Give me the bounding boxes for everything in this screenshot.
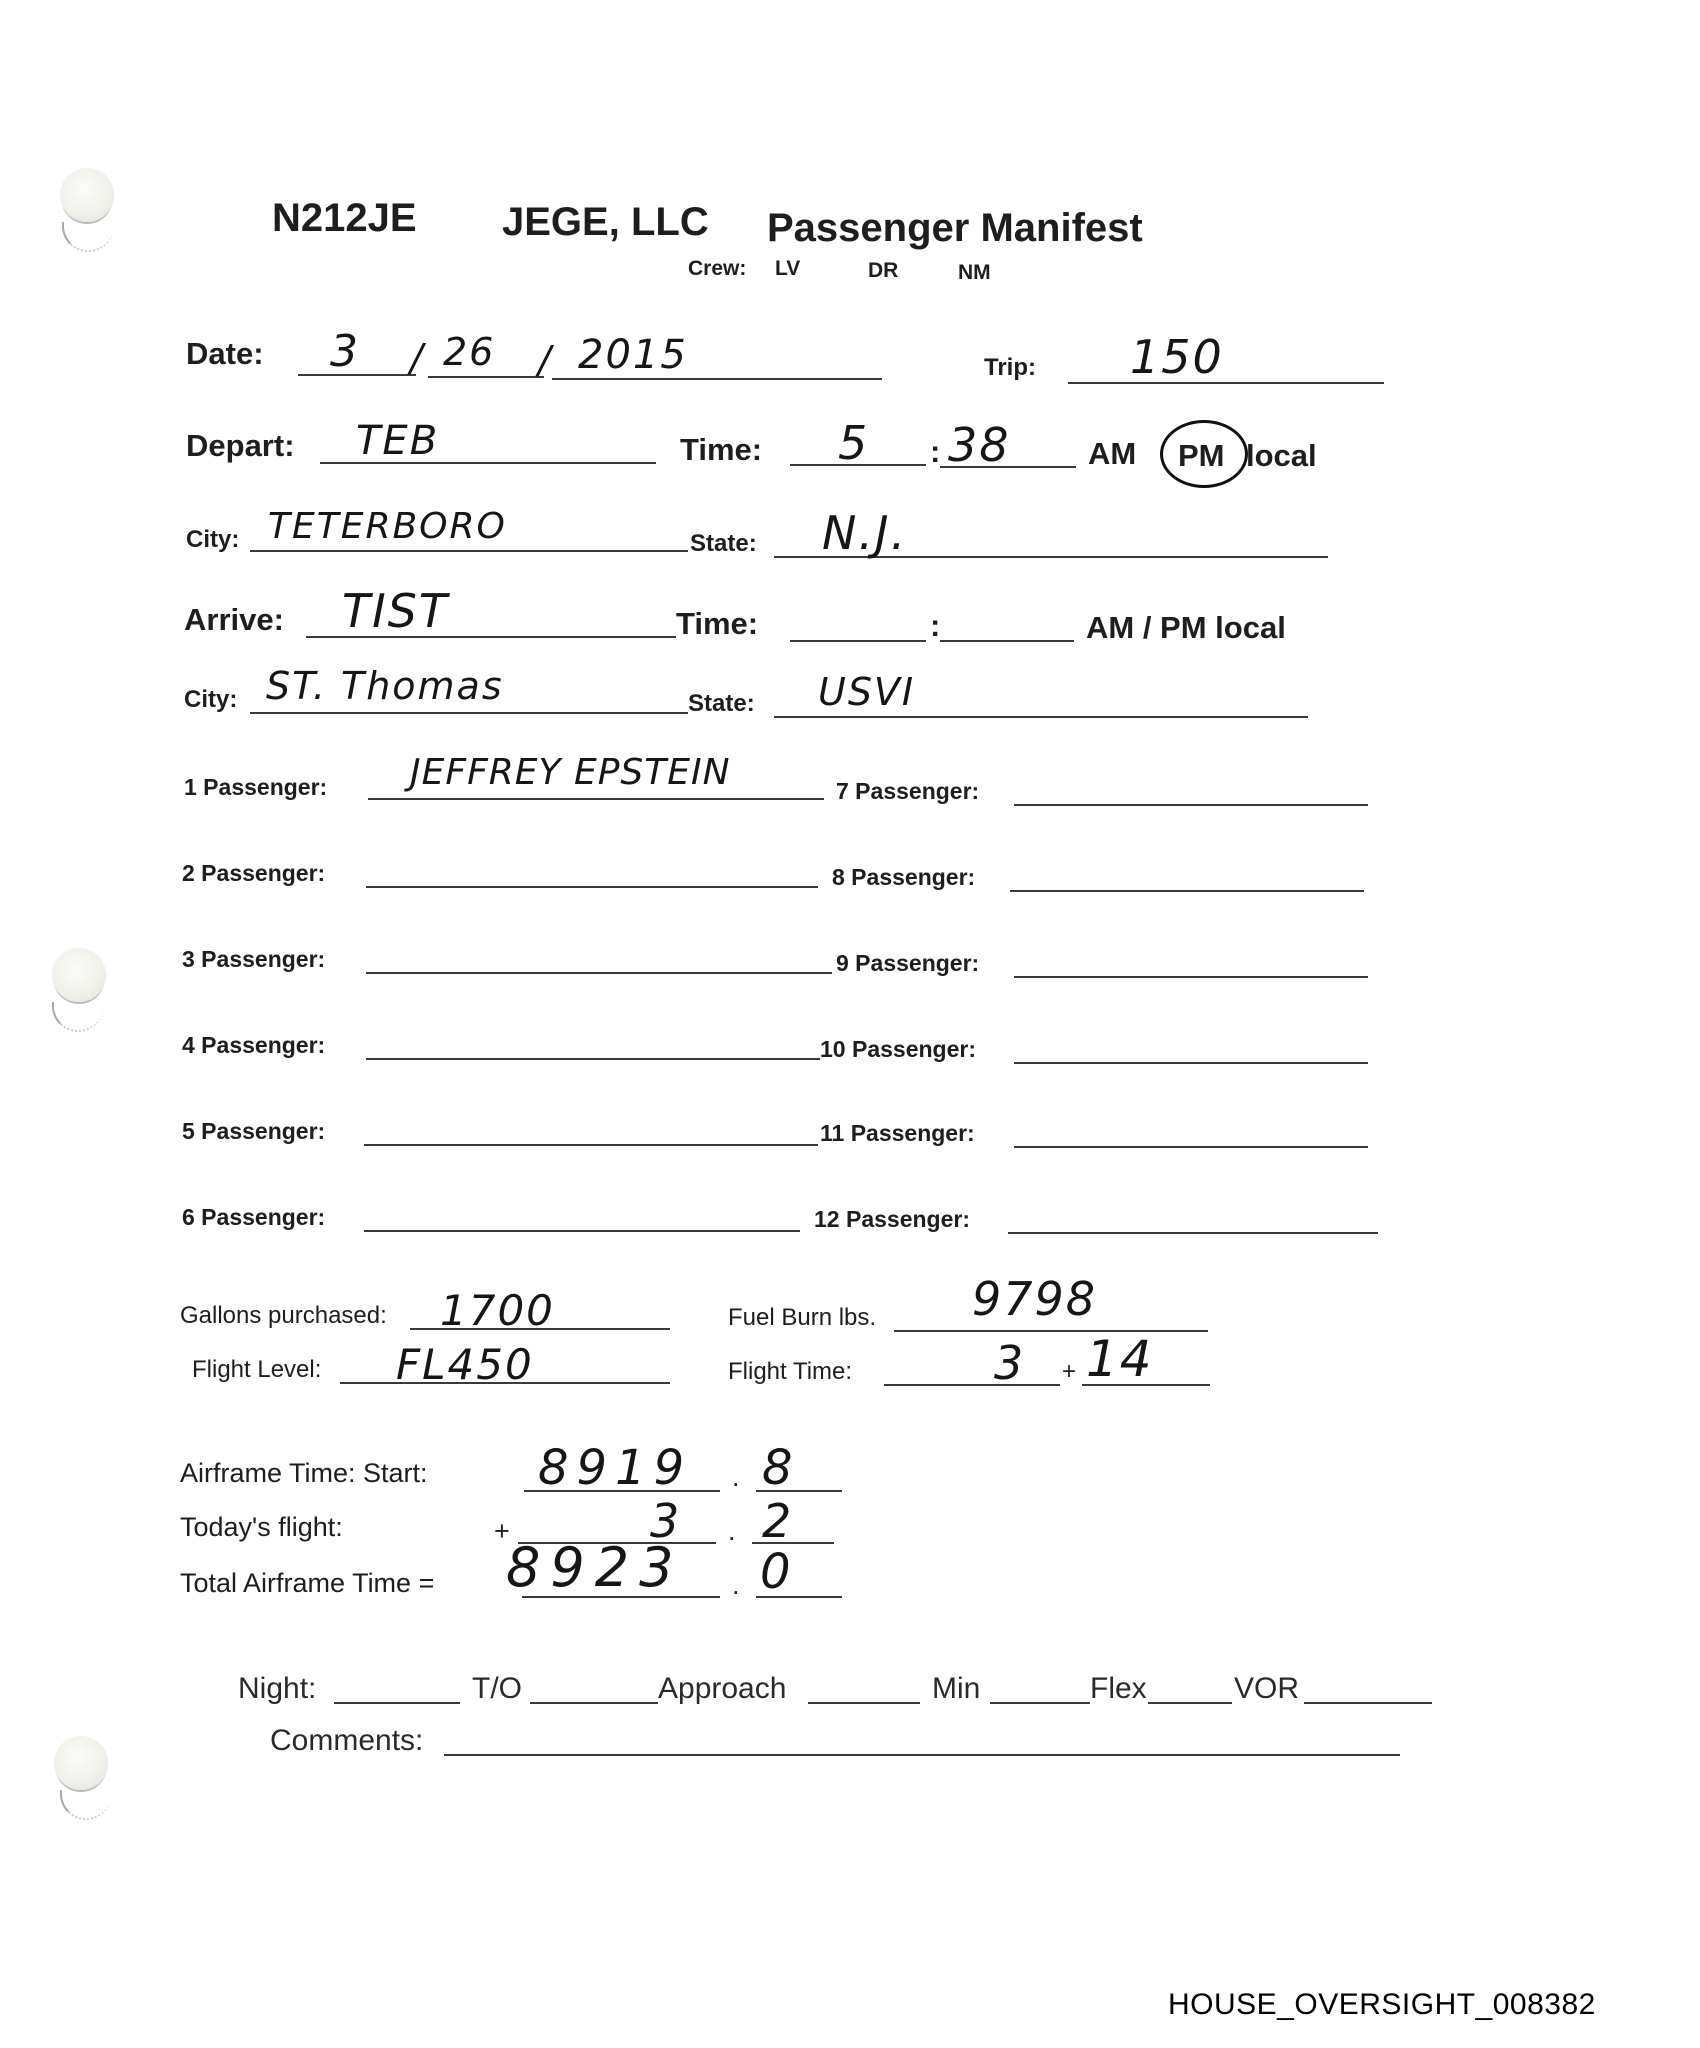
date-year-field[interactable] (552, 378, 882, 380)
page-title: Passenger Manifest (767, 206, 1143, 251)
depart-am-option[interactable]: AM (1088, 436, 1136, 472)
arrive-hour-field[interactable] (790, 640, 926, 642)
depart-value: TEB (356, 418, 439, 464)
fuel-burn-label: Fuel Burn lbs. (728, 1304, 876, 1332)
date-day-value: 26 (443, 330, 495, 374)
total-airframe-label: Total Airframe Time = (180, 1568, 434, 1599)
to-label: T/O (472, 1672, 522, 1706)
night-field[interactable] (334, 1702, 460, 1704)
passenger-11-field[interactable] (1014, 1146, 1368, 1148)
arrive-city-value: ST. Thomas (266, 664, 504, 708)
bates-number: HOUSE_OVERSIGHT_008382 (1168, 1988, 1596, 2022)
gallons-value: 1700 (440, 1286, 555, 1335)
comments-label: Comments: (270, 1724, 423, 1758)
punch-hole-shadow (52, 1002, 104, 1032)
punch-hole-shadow (62, 222, 114, 252)
passenger-1-value: JEFFREY EPSTEIN (410, 752, 731, 793)
flight-level-value: FL450 (396, 1340, 534, 1389)
date-day-field[interactable] (428, 376, 544, 378)
flight-time-plus: + (1062, 1358, 1076, 1386)
passenger-3-label: 3 Passenger: (182, 946, 325, 973)
passenger-12-field[interactable] (1008, 1232, 1378, 1234)
passenger-7-field[interactable] (1014, 804, 1368, 806)
passenger-3-field[interactable] (366, 972, 832, 974)
depart-city-label: City: (186, 526, 239, 554)
flight-level-label: Flight Level: (192, 1356, 321, 1384)
depart-state-value: N.J. (822, 506, 907, 560)
airframe-start-label: Airframe Time: Start: (180, 1458, 428, 1489)
passenger-8-label: 8 Passenger: (832, 864, 975, 891)
depart-city-field[interactable] (250, 550, 688, 552)
arrive-label: Arrive: (184, 602, 284, 638)
date-month-value: 3 (330, 326, 360, 377)
arrive-city-field[interactable] (250, 712, 688, 714)
arrive-city-label: City: (184, 686, 237, 714)
airframe-dot: . (728, 1516, 736, 1547)
airframe-dot: . (732, 1570, 740, 1601)
total-airframe-whole: 8923 (506, 1536, 683, 1599)
airframe-start-tenth: 8 (762, 1440, 795, 1496)
passenger-2-field[interactable] (366, 886, 818, 888)
airframe-dot: . (732, 1462, 740, 1493)
trip-value: 150 (1130, 330, 1224, 384)
date-sep: / (410, 336, 425, 380)
depart-hour-value: 5 (838, 416, 869, 470)
min-label: Min (932, 1672, 980, 1706)
depart-city-value: TETERBORO (268, 506, 507, 547)
passenger-9-label: 9 Passenger: (836, 950, 979, 977)
date-year-value: 2015 (578, 332, 688, 378)
vor-label: VOR (1234, 1672, 1299, 1706)
todays-flight-tenth: 2 (762, 1494, 793, 1548)
approach-label: Approach (658, 1672, 786, 1706)
min-field[interactable] (990, 1702, 1090, 1704)
passenger-5-label: 5 Passenger: (182, 1118, 325, 1145)
passenger-10-field[interactable] (1014, 1062, 1368, 1064)
airframe-start-whole: 8919 (538, 1440, 692, 1496)
flight-time-hours: 3 (994, 1336, 1025, 1390)
depart-time-colon: : (930, 434, 940, 470)
arrive-state-value: USVI (818, 670, 915, 714)
arrive-time-label: Time: (676, 606, 758, 642)
arrive-state-label: State: (688, 690, 755, 718)
todays-flight-label: Today's flight: (180, 1512, 343, 1543)
crew-label: Crew: (688, 257, 746, 281)
depart-label: Depart: (186, 428, 295, 464)
arrive-value: TIST (342, 584, 449, 638)
punch-hole-top (60, 168, 114, 222)
pm-selected-circle (1160, 420, 1248, 488)
arrive-time-colon: : (930, 608, 940, 644)
passenger-6-field[interactable] (364, 1230, 800, 1232)
arrive-ampm-label[interactable]: AM / PM local (1086, 610, 1286, 646)
passenger-4-field[interactable] (366, 1058, 820, 1060)
passenger-11-label: 11 Passenger: (820, 1120, 975, 1147)
depart-state-label: State: (690, 530, 757, 558)
flight-time-hours-field[interactable] (884, 1384, 1060, 1386)
depart-minute-value: 38 (948, 418, 1011, 472)
passenger-2-label: 2 Passenger: (182, 860, 325, 887)
flight-time-label: Flight Time: (728, 1358, 852, 1386)
passenger-6-label: 6 Passenger: (182, 1204, 325, 1231)
date-sep: / (538, 338, 553, 382)
passenger-10-label: 10 Passenger: (820, 1036, 976, 1063)
punch-hole-shadow (60, 1790, 112, 1820)
passenger-12-label: 12 Passenger: (814, 1206, 970, 1233)
flex-field[interactable] (1148, 1702, 1232, 1704)
flight-time-minutes: 14 (1086, 1330, 1154, 1388)
crew-nm: NM (958, 261, 991, 285)
punch-hole-middle (52, 948, 106, 1002)
approach-field[interactable] (808, 1702, 920, 1704)
passenger-5-field[interactable] (364, 1144, 818, 1146)
gallons-label: Gallons purchased: (180, 1302, 387, 1330)
trip-field[interactable] (1068, 382, 1384, 384)
comments-field[interactable] (444, 1754, 1400, 1756)
passenger-4-label: 4 Passenger: (182, 1032, 325, 1059)
arrive-state-field[interactable] (774, 716, 1308, 718)
crew-dr: DR (868, 259, 898, 283)
trip-label: Trip: (984, 354, 1036, 382)
crew-lv: LV (775, 257, 800, 281)
passenger-9-field[interactable] (1014, 976, 1368, 978)
depart-time-label: Time: (680, 432, 762, 468)
fuel-burn-value: 9798 (972, 1272, 1097, 1326)
punch-hole-bottom (54, 1736, 108, 1790)
depart-local-label: local (1246, 438, 1317, 474)
passenger-1-label: 1 Passenger: (184, 774, 327, 801)
company-name: JEGE, LLC (502, 200, 709, 245)
night-label: Night: (238, 1672, 316, 1706)
date-label: Date: (186, 336, 264, 372)
passenger-1-field[interactable] (368, 798, 824, 800)
passenger-7-label: 7 Passenger: (836, 778, 979, 805)
flex-label: Flex (1090, 1672, 1147, 1706)
passenger-8-field[interactable] (1010, 890, 1364, 892)
fuel-burn-field[interactable] (894, 1330, 1208, 1332)
tail-number: N212JE (272, 196, 417, 241)
to-field[interactable] (530, 1702, 658, 1704)
vor-field[interactable] (1304, 1702, 1432, 1704)
total-airframe-tenth: 0 (760, 1544, 793, 1600)
arrive-minute-field[interactable] (940, 640, 1074, 642)
